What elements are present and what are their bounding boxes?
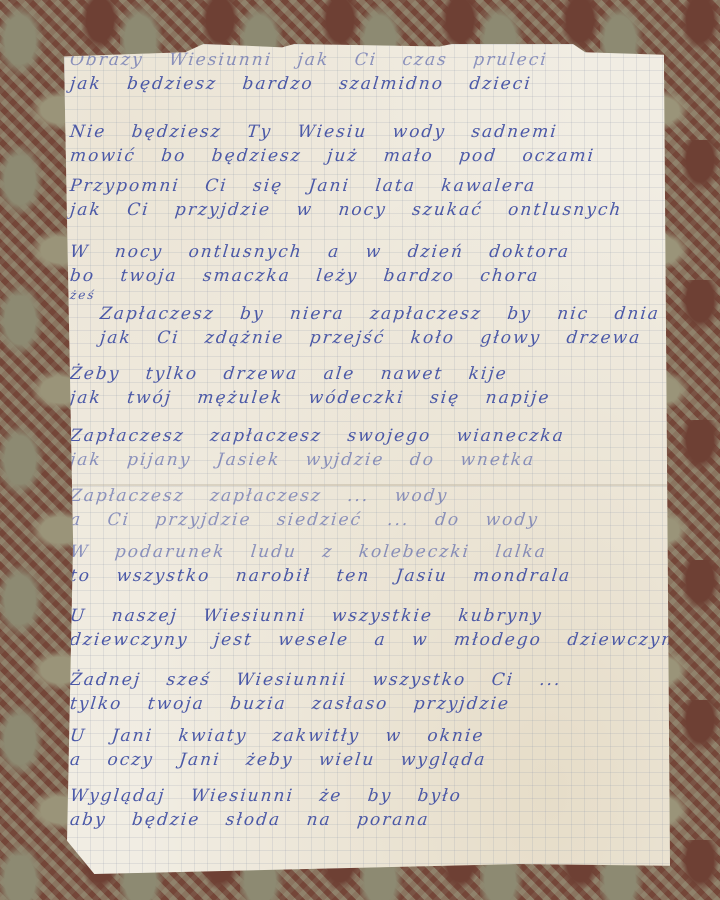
handwritten-line: W podarunek ludu z kolebeczki lalka	[69, 540, 662, 564]
stanza-7: Zapłaczesz zapłaczesz swojego wianeczka …	[70, 424, 660, 472]
handwritten-line: jak będziesz bardzo szalmidno dzieci	[69, 72, 662, 96]
stanza-4: W nocy ontlusnych a w dzień doktora bo t…	[70, 240, 660, 302]
handwritten-line: Przypomni Ci się Jani lata kawalera	[69, 174, 662, 198]
stanza-2: Nie będziesz Ty Wiesiu wody sadnemi mowi…	[70, 120, 660, 168]
handwritten-line: Żadnej sześ Wiesiunnii wszystko Ci ...	[69, 668, 662, 692]
handwritten-line: Żeby tylko drzewa ale nawet kije	[69, 362, 662, 386]
handwritten-line: Obrazy Wiesiunni jak Ci czas pruleci	[69, 48, 662, 72]
handwritten-line: tylko twoja buzia zasłaso przyjdzie	[69, 692, 662, 716]
handwritten-line: jak pijany Jasiek wyjdzie do wnetka	[69, 448, 662, 472]
stanza-10: U naszej Wiesiunni wszystkie kubryny dzi…	[70, 604, 660, 652]
handwritten-line: jak twój mężulek wódeczki się napije	[69, 386, 662, 410]
handwritten-letter-paper: Obrazy Wiesiunni jak Ci czas pruleci jak…	[64, 44, 670, 874]
handwritten-line: W nocy ontlusnych a w dzień doktora	[69, 240, 662, 264]
handwritten-line: U Jani kwiaty zakwitły w oknie	[69, 724, 662, 748]
handwritten-line: Zapłaczesz zapłaczesz swojego wianeczka	[69, 424, 662, 448]
stanza-8: Zapłaczesz zapłaczesz ... wody a Ci przy…	[70, 484, 660, 532]
handwritten-line: Wyglądaj Wiesiunni że by było	[69, 784, 662, 808]
handwritten-line: jak Ci zdążnie przejść koło głowy drzewa	[99, 326, 662, 350]
handwritten-line: U naszej Wiesiunni wszystkie kubryny	[69, 604, 662, 628]
handwritten-line: żeś	[69, 288, 660, 302]
handwritten-line: bo twoja smaczka leży bardzo chora	[69, 264, 662, 288]
handwritten-line: Zapłaczesz by niera zapłaczesz by nic dn…	[99, 302, 662, 326]
handwritten-line: a oczy Jani żeby wielu wygląda	[69, 748, 662, 772]
stanza-13: Wyglądaj Wiesiunni że by było aby będzie…	[70, 784, 660, 832]
stanza-6: Żeby tylko drzewa ale nawet kije jak twó…	[70, 362, 660, 410]
stanza-5: Zapłaczesz by niera zapłaczesz by nic dn…	[100, 302, 660, 350]
stanza-9: W podarunek ludu z kolebeczki lalka to w…	[70, 540, 660, 588]
handwritten-line: to wszystko narobił ten Jasiu mondrala	[69, 564, 662, 588]
handwritten-line: a Ci przyjdzie siedzieć ... do wody	[69, 508, 662, 532]
handwritten-line: mowić bo będziesz już mało pod oczami	[69, 144, 662, 168]
handwritten-line: dziewczyny jest wesele a w młodego dziew…	[69, 628, 662, 652]
handwritten-line: aby będzie słoda na porana	[69, 808, 662, 832]
stanza-11: Żadnej sześ Wiesiunnii wszystko Ci ... t…	[70, 668, 660, 716]
stanza-12: U Jani kwiaty zakwitły w oknie a oczy Ja…	[70, 724, 660, 772]
stanza-3: Przypomni Ci się Jani lata kawalera jak …	[70, 174, 660, 222]
handwritten-line: jak Ci przyjdzie w nocy szukać ontlusnyc…	[69, 198, 662, 222]
handwritten-line: Nie będziesz Ty Wiesiu wody sadnemi	[69, 120, 662, 144]
handwritten-line: Zapłaczesz zapłaczesz ... wody	[69, 484, 662, 508]
stanza-1: Obrazy Wiesiunni jak Ci czas pruleci jak…	[70, 48, 660, 96]
